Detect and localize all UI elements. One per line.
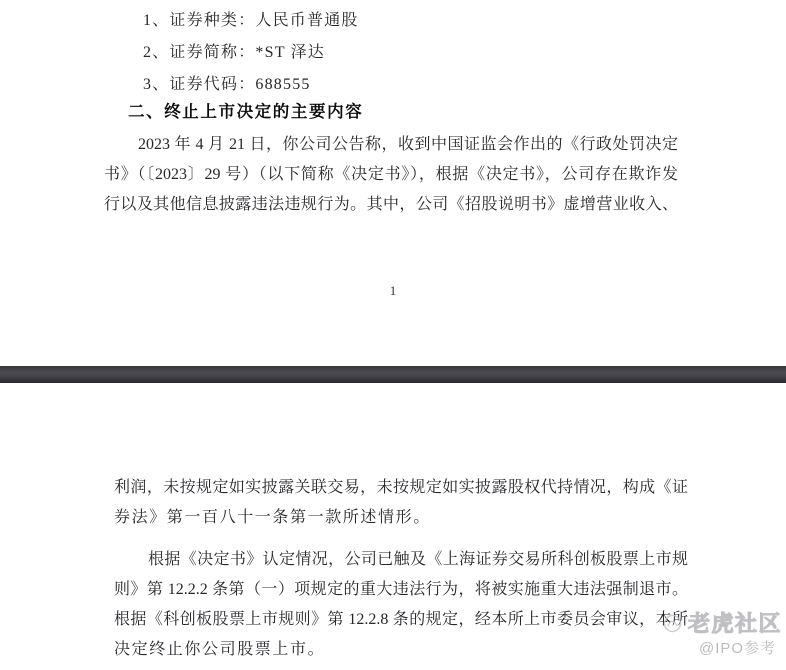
paragraph-decision-intro: 2023 年 4 月 21 日，你公司公告称，收到中国证监会作出的《行政处罚决定… xyxy=(104,130,678,220)
paragraph-line: 券法》第一百八十一条第一款所述情形。 xyxy=(114,503,688,533)
paragraph-line: 决定终止你公司股票上市。 xyxy=(114,635,688,665)
paragraph-line: 2023 年 4 月 21 日，你公司公告称，收到中国证监会作出的《行政处罚决定 xyxy=(104,130,678,160)
paragraph-violation-continued: 利润，未按规定如实披露关联交易，未按规定如实披露股权代持情况，构成《证 券法》第… xyxy=(114,473,688,533)
paragraph-line: 根据《科创板股票上市规则》第 12.2.8 条的规定，经本所上市委员会审议，本所 xyxy=(114,605,688,635)
paragraph-delisting-decision: 根据《决定书》认定情况，公司已触及《上海证券交易所科创板股票上市规 则》第 12… xyxy=(114,545,688,665)
paragraph-line: 行以及其他信息披露违法违规行为。其中，公司《招股说明书》虚增营业收入、 xyxy=(104,190,678,220)
watermark-handle: @IPO参考 xyxy=(699,639,776,658)
paragraph-line: 书》（〔2023〕29 号）（以下简称《决定书》），根据《决定书》，公司存在欺诈… xyxy=(104,160,678,190)
securities-info-list: 1、证券种类：人民币普通股 2、证券简称：*ST 泽达 3、证券代码：68855… xyxy=(143,5,359,101)
watermark-brand: 老虎社区 xyxy=(688,611,782,637)
paragraph-line: 根据《决定书》认定情况，公司已触及《上海证券交易所科创板股票上市规 xyxy=(114,545,688,575)
document-viewer: 1、证券种类：人民币普通股 2、证券简称：*ST 泽达 3、证券代码：68855… xyxy=(0,0,786,670)
section-heading: 二、终止上市决定的主要内容 xyxy=(128,97,363,127)
page-separator xyxy=(0,366,786,383)
list-item-security-abbreviation: 2、证券简称：*ST 泽达 xyxy=(143,37,359,69)
paragraph-line: 则》第 12.2.2 条第（一）项规定的重大违法行为，将被实施重大违法强制退市。 xyxy=(114,575,688,605)
tiger-circle-icon xyxy=(663,614,682,633)
list-item-security-type: 1、证券种类：人民币普通股 xyxy=(143,5,359,37)
paragraph-line: 利润，未按规定如实披露关联交易，未按规定如实披露股权代持情况，构成《证 xyxy=(114,473,688,503)
page-number: 1 xyxy=(0,283,786,299)
